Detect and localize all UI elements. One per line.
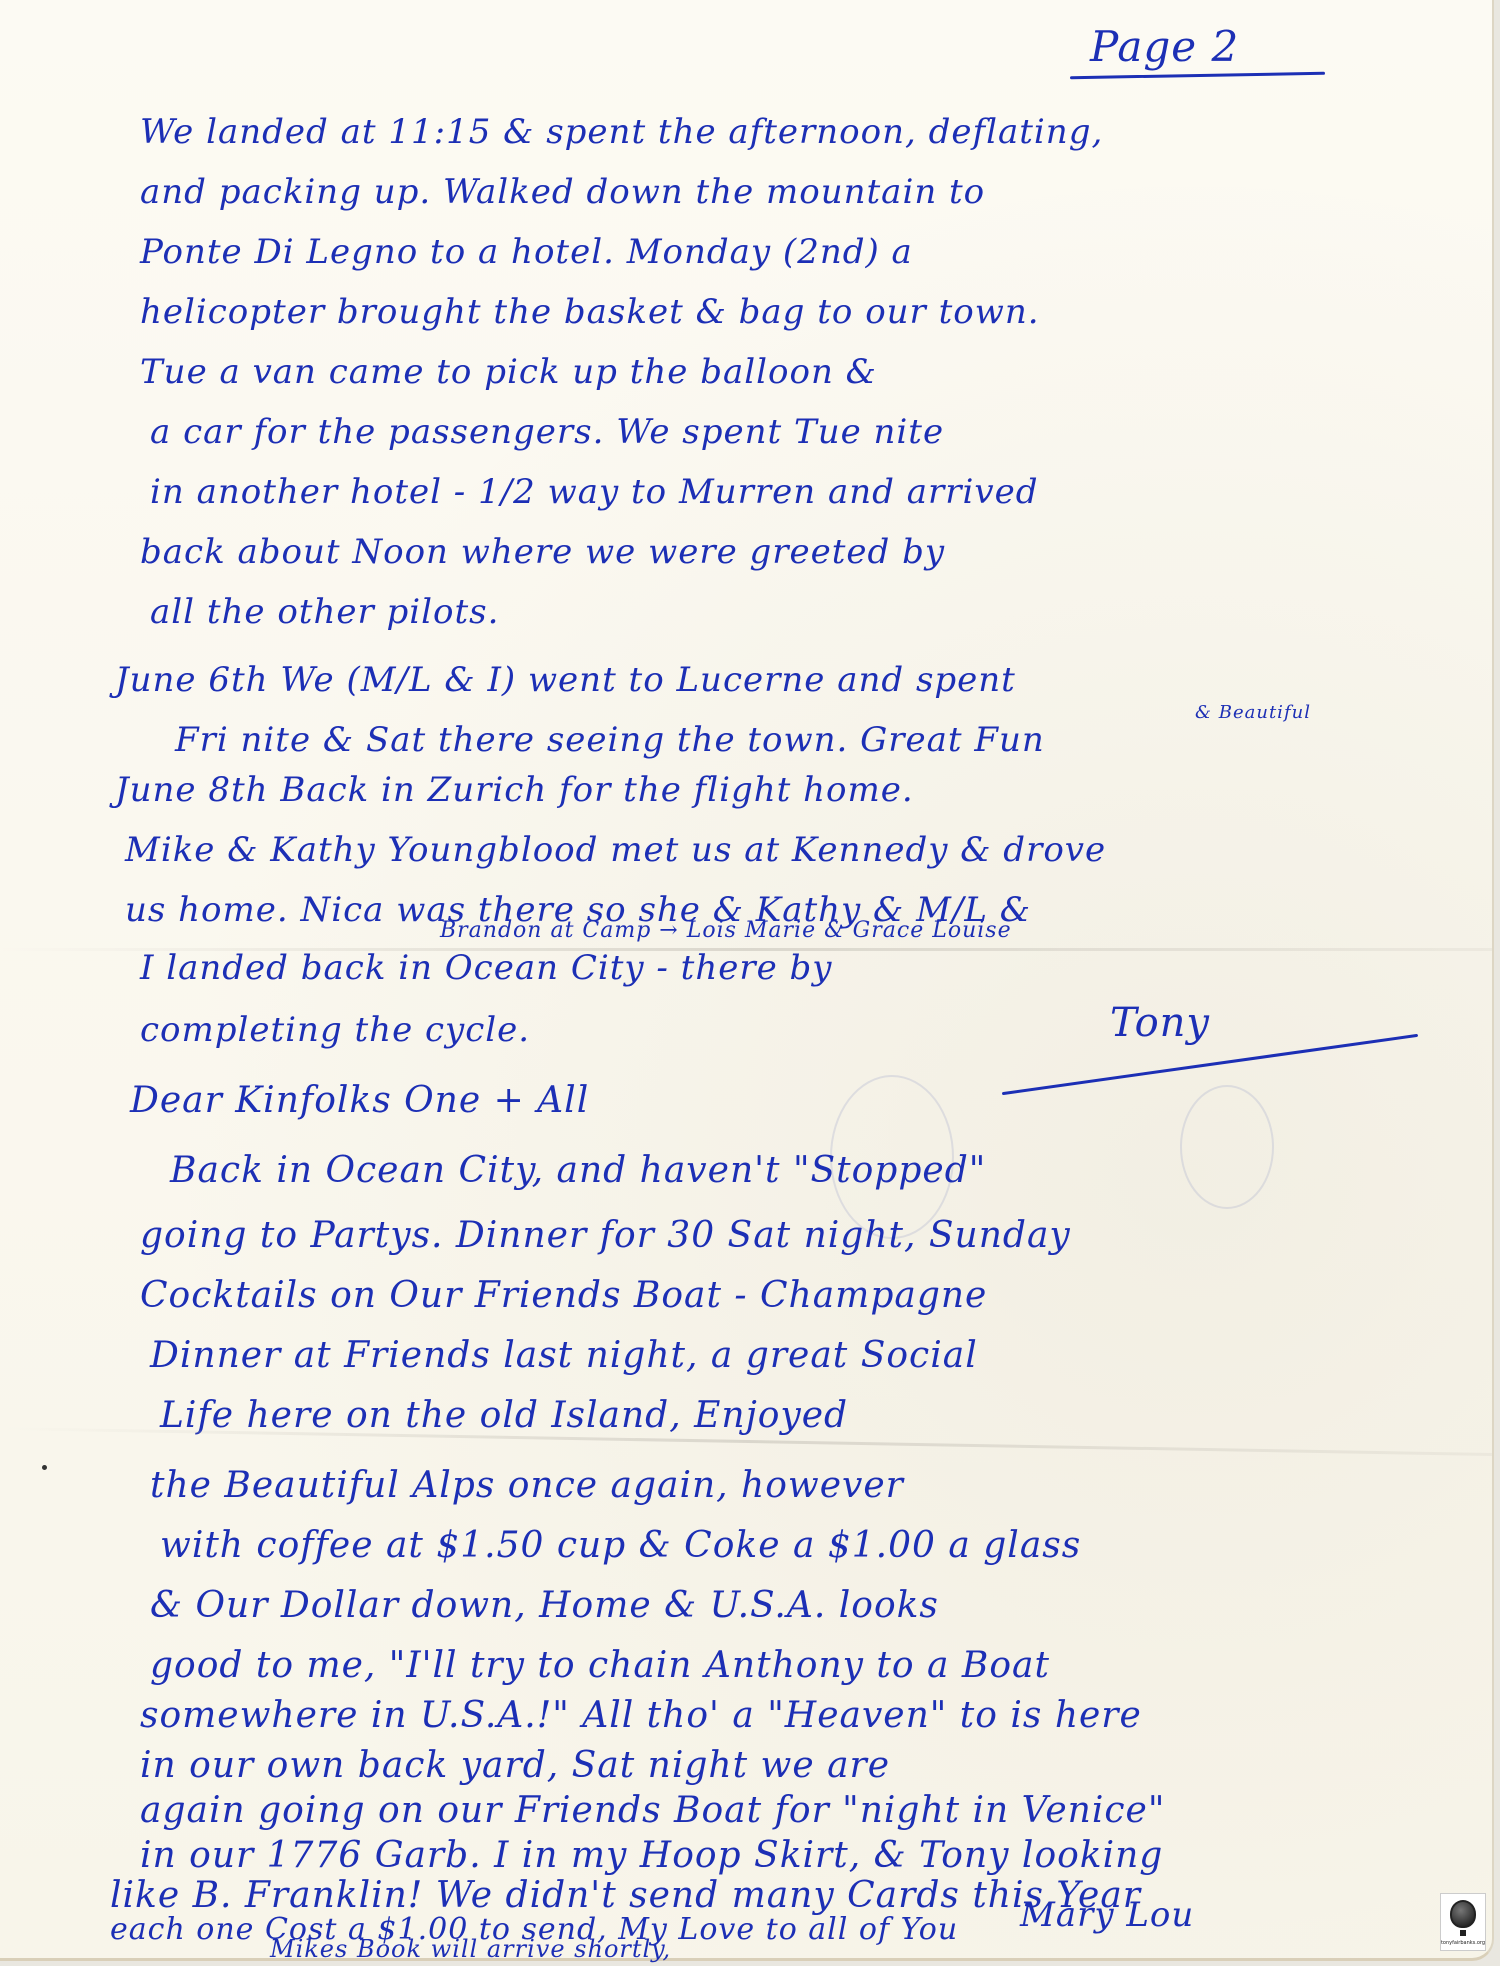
letter-line: Life here on the old Island, Enjoyed xyxy=(160,1395,848,1436)
letter-line: Tue a van came to pick up the balloon & xyxy=(140,352,877,392)
letter-line: going to Partys. Dinner for 30 Sat night… xyxy=(140,1215,1071,1256)
letter-line: and packing up. Walked down the mountain… xyxy=(140,172,985,212)
page-number-label: Page 2 xyxy=(1090,22,1239,71)
watermark-logo[interactable]: tonyfairbanks.org xyxy=(1440,1893,1486,1951)
letter-line: helicopter brought the basket & bag to o… xyxy=(140,292,1040,332)
letter-line: Fri nite & Sat there seeing the town. Gr… xyxy=(175,720,1045,760)
letter-line: June 6th We (M/L & I) went to Lucerne an… xyxy=(115,660,1016,700)
letter-line: like B. Franklin! We didn't send many Ca… xyxy=(110,1875,1141,1916)
salutation: Dear Kinfolks One + All xyxy=(130,1080,589,1121)
letter-line: Ponte Di Legno to a hotel. Monday (2nd) … xyxy=(140,232,913,272)
signature-mary-lou: Mary Lou xyxy=(1020,1895,1194,1935)
hot-air-balloon-icon xyxy=(1450,1900,1476,1928)
page-number-underline xyxy=(1070,72,1325,79)
insertion-note: Brandon at Camp → Lois Marie & Grace Lou… xyxy=(440,918,1012,943)
letter-line: in our 1776 Garb. I in my Hoop Skirt, & … xyxy=(140,1835,1163,1876)
letter-line: good to me, "I'll try to chain Anthony t… xyxy=(150,1645,1050,1686)
letter-line: back about Noon where we were greeted by xyxy=(140,532,945,572)
letter-line: again going on our Friends Boat for "nig… xyxy=(140,1790,1165,1831)
letter-line: with coffee at $1.50 cup & Coke a $1.00 … xyxy=(160,1525,1081,1566)
pencil-doodle xyxy=(1180,1085,1274,1209)
letter-line: Back in Ocean City, and haven't "Stopped… xyxy=(170,1150,986,1191)
letter-line: somewhere in U.S.A.!" All tho' a "Heaven… xyxy=(140,1695,1142,1736)
letter-line: the Beautiful Alps once again, however xyxy=(150,1465,904,1506)
watermark-text: tonyfairbanks.org xyxy=(1441,1940,1485,1946)
letter-page: Page 2 We landed at 11:15 & spent the af… xyxy=(0,0,1494,1961)
letter-line: Dinner at Friends last night, a great So… xyxy=(150,1335,978,1376)
letter-line: Mike & Kathy Youngblood met us at Kenned… xyxy=(125,830,1106,870)
balloon-basket-icon xyxy=(1460,1930,1466,1936)
letter-line: all the other pilots. xyxy=(150,592,499,632)
letter-line: June 8th Back in Zurich for the flight h… xyxy=(115,770,914,810)
postscript: Mikes Book will arrive shortly, xyxy=(270,1935,671,1963)
letter-line: in our own back yard, Sat night we are xyxy=(140,1745,890,1786)
ink-speck xyxy=(42,1465,47,1470)
letter-line: Cocktails on Our Friends Boat - Champagn… xyxy=(140,1275,987,1316)
letter-line: a car for the passengers. We spent Tue n… xyxy=(150,412,944,452)
letter-line: in another hotel - 1/2 way to Murren and… xyxy=(150,472,1038,512)
signature-tony: Tony xyxy=(1110,1000,1210,1046)
letter-line: & Our Dollar down, Home & U.S.A. looks xyxy=(150,1585,939,1626)
insertion-note: & Beautiful xyxy=(1195,702,1311,723)
letter-line: I landed back in Ocean City - there by xyxy=(140,948,833,988)
letter-line: We landed at 11:15 & spent the afternoon… xyxy=(140,112,1103,152)
letter-line: completing the cycle. xyxy=(140,1010,530,1050)
